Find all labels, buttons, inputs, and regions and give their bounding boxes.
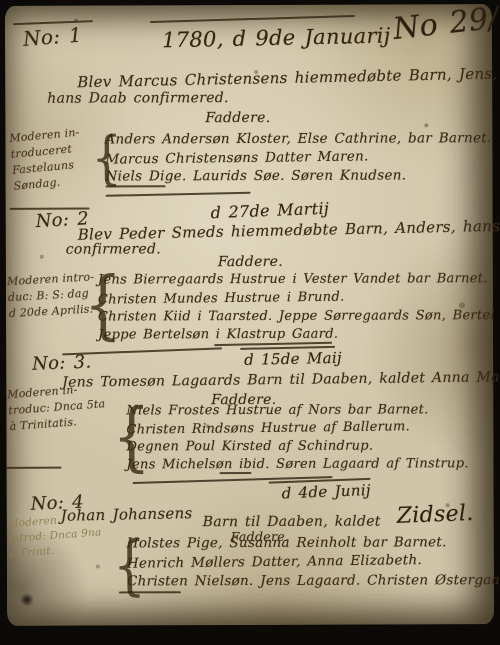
- sponsor-line: Jeppe Bertelsøn i Klastrup Gaard.: [98, 328, 338, 342]
- body-line: hans Daab confirmered.: [47, 91, 229, 106]
- ink-rule: [220, 472, 252, 474]
- parchment-paper: No: 1 1780, d 9de Januarij No 29/ Blev M…: [5, 4, 494, 626]
- ink-blot: [17, 591, 36, 608]
- sponsor-line: Degnen Poul Kirsted af Schindrup.: [126, 440, 373, 454]
- ink-rule: [106, 192, 251, 197]
- entry-date: d 4de Junij: [281, 483, 371, 501]
- ink-rule: [106, 185, 166, 187]
- paper-specks: [5, 6, 7, 8]
- sponsor-line: Jens Michelsøn ibid. Søren Lagaard af Ti…: [126, 457, 468, 471]
- margin-note: Moderen introd: Dnca 9na à Trinit.: [7, 510, 103, 562]
- page-number: No 29/: [392, 4, 500, 45]
- sponsor-line: Christen Rindsøns Hustrue af Ballerum.: [126, 420, 410, 436]
- body-line: Blev Peder Smeds hiemmedøbte Barn, Ander…: [78, 218, 500, 243]
- sponsor-line: Christen Nielsøn. Jens Lagaard. Christen…: [127, 574, 500, 589]
- body-line: Jens Tomesøn Lagaards Barn til Daaben, k…: [62, 370, 500, 390]
- faddere-heading: Faddere.: [218, 255, 283, 269]
- sponsor-line: Jens Bierregaards Hustrue i Vester Vande…: [98, 272, 488, 286]
- child-name: Zidsel.: [396, 503, 474, 528]
- sponsor-line: Anders Andersøn Kloster, Else Cathrine, …: [105, 132, 491, 147]
- sponsor-line: Christen Kiid i Taarsted. Jeppe Sørregaa…: [98, 309, 495, 323]
- faddere-heading: Faddere.: [205, 111, 270, 125]
- entry-date: d 27de Martij: [210, 201, 329, 222]
- date-heading: 1780, d 9de Januarij: [162, 26, 391, 52]
- sponsor-line: Holstes Pige, Susanna Reinholt bar Barne…: [127, 536, 447, 551]
- sponsor-line: Niels Dige. Laurids Søe. Søren Knudsen.: [105, 169, 406, 184]
- sponsor-line: Christen Mundes Hustrue i Brund.: [98, 291, 345, 307]
- ink-rule: [7, 467, 62, 469]
- sponsor-line: Niels Frostes Hustrue af Nors bar Barnet…: [126, 403, 428, 417]
- ink-rule: [119, 591, 181, 593]
- sponsor-line: Marcus Christensøns Datter Maren.: [105, 150, 368, 167]
- ink-rule: [150, 15, 355, 23]
- body-line: Blev Marcus Christensens hiemmedøbte Bar…: [77, 66, 498, 90]
- entry-number: No: 1: [22, 25, 82, 49]
- sponsor-line: Henrich Møllers Datter, Anna Elizabeth.: [127, 554, 422, 571]
- body-line: Barn til Daaben, kaldet: [203, 515, 381, 530]
- body-line: confirmered.: [66, 242, 161, 256]
- entry-date: d 15de Maij: [244, 351, 342, 368]
- entry-number: No: 3.: [32, 354, 92, 374]
- margin-note: Moderen in- troduceret Fastelauns Søndag…: [9, 125, 85, 195]
- margin-note: Moderen in- troduc: Dnca 5ta à Trinitati…: [7, 380, 107, 435]
